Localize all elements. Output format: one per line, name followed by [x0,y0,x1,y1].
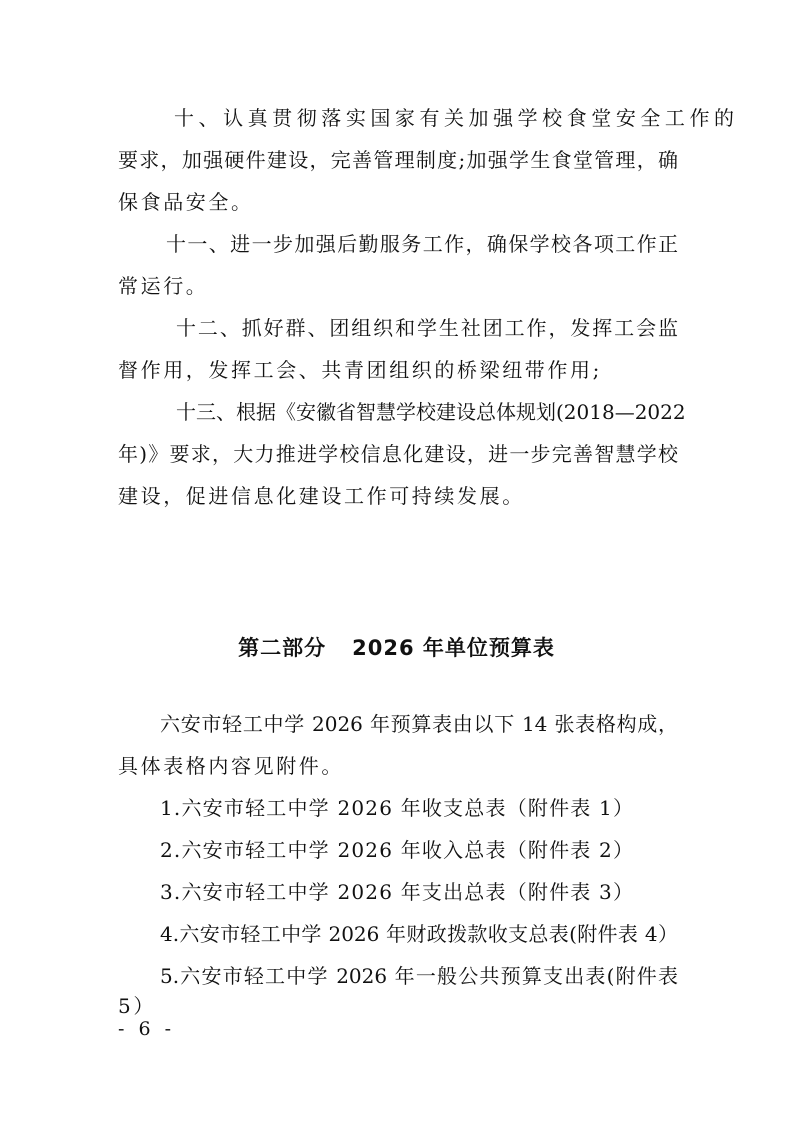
item-13-line-1: 十三、根据《安徽省智慧学校建设总体规划(2018—2022 [176,400,678,424]
table-list-item-4: 4.六安市轻工中学 2026 年财政拨款收支总表(附件表 4） [160,922,678,946]
item-12-line-2: 督作用，发挥工会、共青团组织的桥梁纽带作用; [118,358,678,382]
item-10-line-3: 保食品安全。 [118,190,678,214]
table-list-item-1: 1.六安市轻工中学 2026 年收支总表（附件表 1） [160,796,720,820]
intro-line-2: 具体表格内容见附件。 [118,754,678,778]
table-list-item-2: 2.六安市轻工中学 2026 年收入总表（附件表 2） [160,838,720,862]
table-list-item-5-continuation: 5） [118,994,678,1018]
item-13-line-3: 建设，促进信息化建设工作可持续发展。 [118,484,678,508]
section-part-label: 第二部分 [238,636,326,660]
section-heading: 第二部分2026 年单位预算表 [0,635,793,661]
item-10-line-1: 十、认真贯彻落实国家有关加强学校食堂安全工作的 [174,106,734,130]
item-13-line-2: 年)》要求，大力推进学校信息化建设，进一步完善智慧学校 [118,442,678,466]
page-number: - 6 - [118,1018,175,1040]
table-list-item-5: 5.六安市轻工中学 2026 年一般公共预算支出表(附件表 [160,964,678,988]
section-title: 2026 年单位预算表 [352,636,555,660]
table-list-item-3: 3.六安市轻工中学 2026 年支出总表（附件表 3） [160,880,720,904]
item-11-line-1: 十一、进一步加强后勤服务工作，确保学校各项工作正 [166,232,678,256]
item-12-line-1: 十二、抓好群、团组织和学生社团工作，发挥工会监 [176,316,678,340]
item-11-line-2: 常运行。 [118,274,678,298]
item-10-line-2: 要求，加强硬件建设，完善管理制度;加强学生食堂管理，确 [118,148,678,172]
document-page: 十、认真贯彻落实国家有关加强学校食堂安全工作的 要求，加强硬件建设，完善管理制度… [0,0,793,1122]
intro-line-1: 六安市轻工中学 2026 年预算表由以下 14 张表格构成， [160,712,678,736]
